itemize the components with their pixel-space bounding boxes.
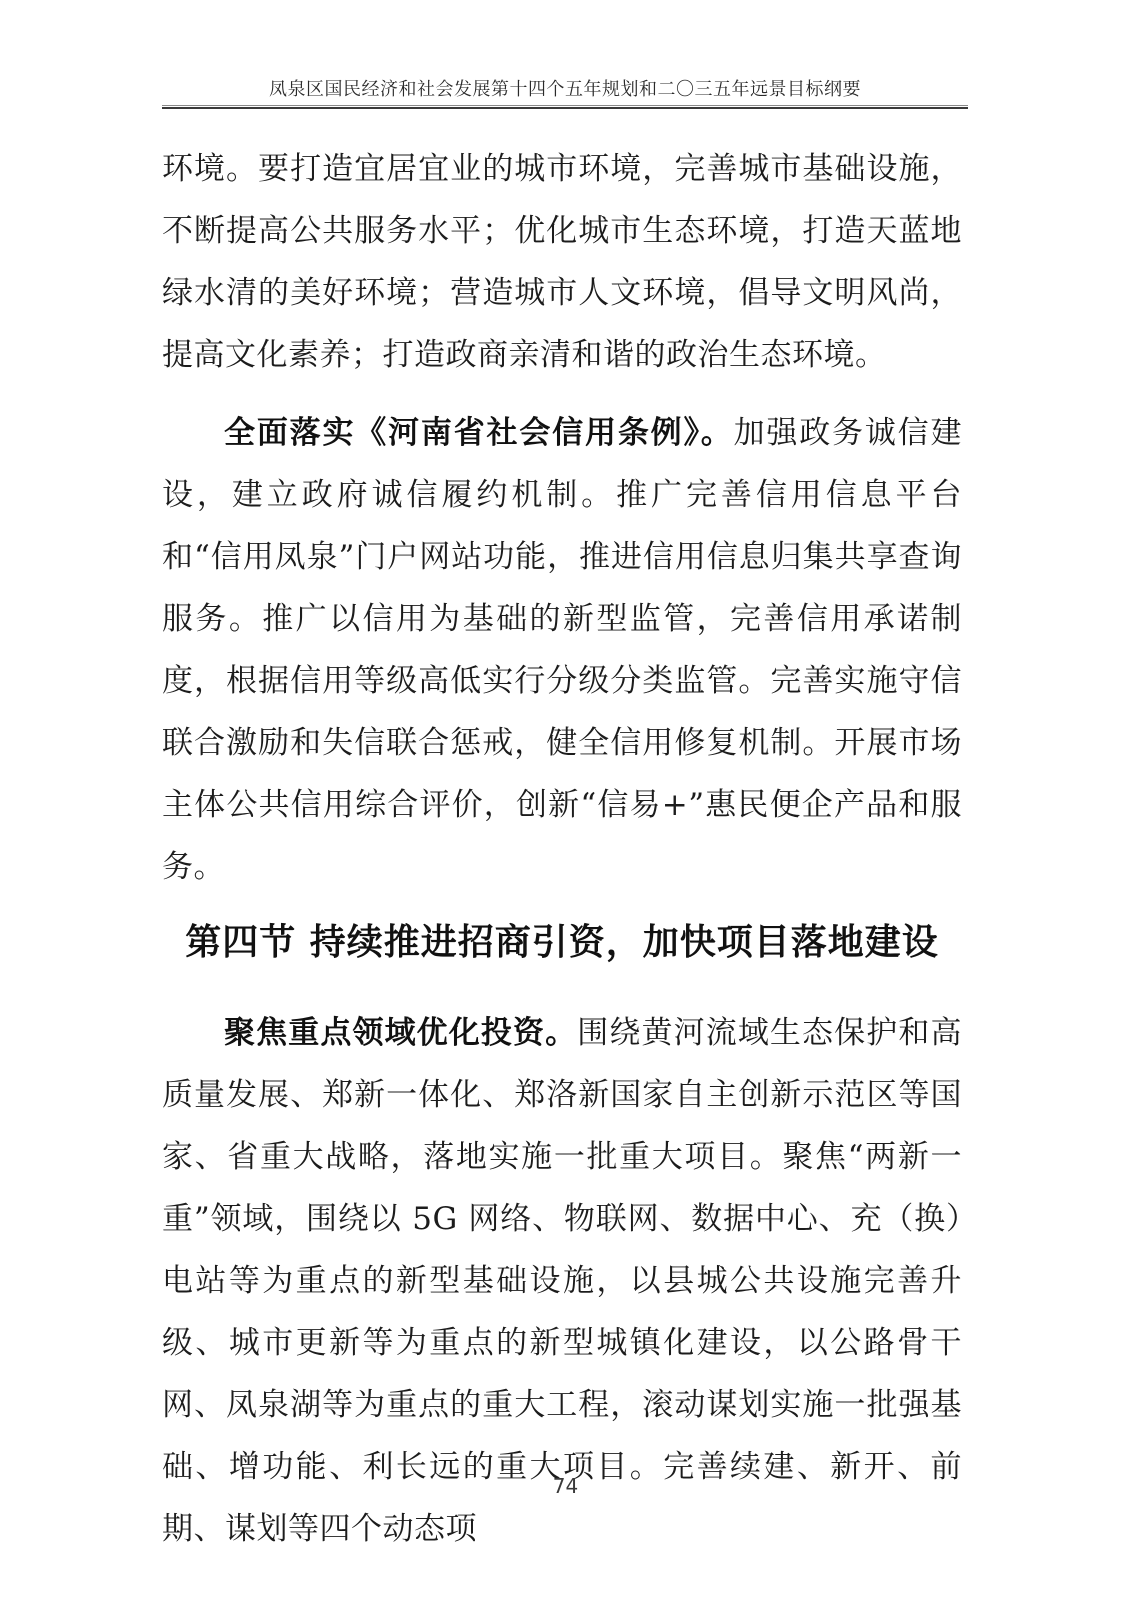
paragraph-investment-lead: 聚焦重点领域优化投资。	[224, 1015, 577, 1051]
paragraph-social-credit-lead: 全面落实《河南省社会信用条例》。	[224, 415, 734, 451]
header-rule	[162, 105, 968, 109]
paragraph-social-credit-text: 加强政务诚信建设，建立政府诚信履约机制。推广完善信用信息平台和“信用凤泉”门户网…	[162, 415, 962, 885]
page-number: 74	[553, 1474, 578, 1498]
paragraph-social-credit: 全面落实《河南省社会信用条例》。加强政务诚信建设，建立政府诚信履约机制。推广完善…	[162, 402, 962, 898]
paragraph-continuation: 环境。要打造宜居宜业的城市环境，完善城市基础设施，不断提高公共服务水平；优化城市…	[162, 138, 962, 386]
paragraph-investment-text: 围绕黄河流域生态保护和高质量发展、郑新一体化、郑洛新国家自主创新示范区等国家、省…	[162, 1015, 962, 1547]
document-page: 凤泉区国民经济和社会发展第十四个五年规划和二〇三五年远景目标纲要 环境。要打造宜…	[0, 0, 1131, 1600]
document-body: 环境。要打造宜居宜业的城市环境，完善城市基础设施，不断提高公共服务水平；优化城市…	[162, 138, 962, 1560]
page-footer: 74	[0, 1474, 1131, 1498]
header-title: 凤泉区国民经济和社会发展第十四个五年规划和二〇三五年远景目标纲要	[162, 80, 968, 100]
paragraph-continuation-text: 环境。要打造宜居宜业的城市环境，完善城市基础设施，不断提高公共服务水平；优化城市…	[162, 151, 962, 373]
page-header: 凤泉区国民经济和社会发展第十四个五年规划和二〇三五年远景目标纲要	[162, 80, 968, 109]
section-heading: 第四节 持续推进招商引资，加快项目落地建设	[162, 908, 962, 976]
